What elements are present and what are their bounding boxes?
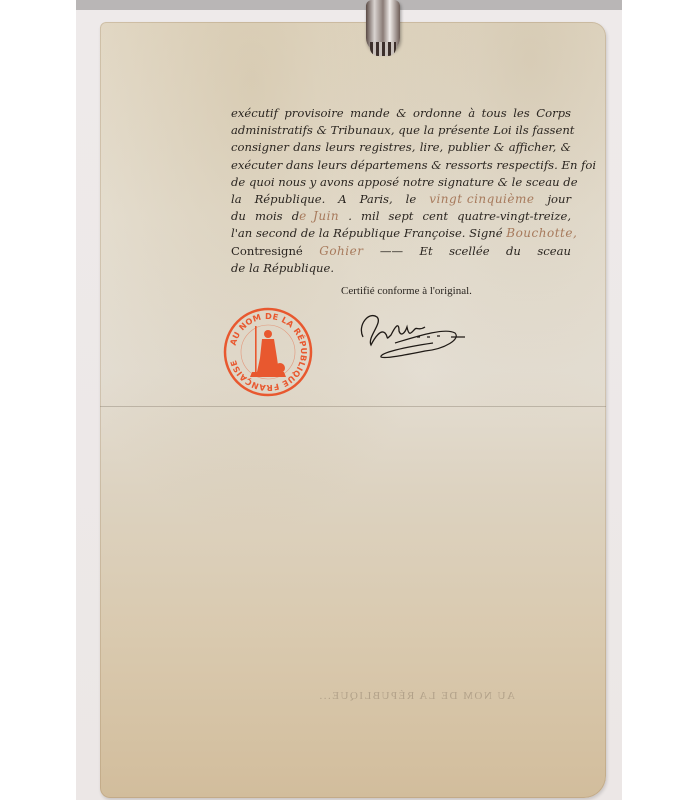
text-line: administratifs & Tribunaux, que la prése… [231,122,571,139]
fold-line [100,406,606,407]
hand-clip-icon [366,0,400,52]
text-fragment: . mil sept cent quatre-vingt-treize, [348,209,571,223]
certified-text: Certifié conforme à l'original. [341,285,472,297]
handwritten-day: vingt cinquième [429,191,534,208]
text-fragment: Contresigné [231,244,303,258]
handwritten-countersigner: Gohier [319,243,363,260]
text-fragment: la République. A Paris, le [231,192,416,206]
decree-text: exécutif provisoire mande & ordonne à to… [231,105,571,277]
text-line-signed: l'an second de la République Françoise. … [231,225,571,242]
text-line: exécutif provisoire mande & ordonne à to… [231,105,571,122]
text-line: exécuter dans leurs départemens & ressor… [231,157,571,174]
handwritten-month: e Juin [299,208,339,225]
bleed-through-text: AU NOM DE LA RÉPUBLIQUE... [185,690,515,702]
signature-gohier [355,307,465,367]
text-fragment: du mois d [231,209,299,223]
text-line-date: la République. A Paris, le vingt cinquiè… [231,191,571,208]
text-line: de quoi nous y avons apposé notre signat… [231,174,571,191]
text-fragment: l'an second de la République Françoise. … [231,226,503,240]
text-fragment: jour [547,192,571,206]
text-line-month: du mois de Juin . mil sept cent quatre-v… [231,208,571,225]
text-line: de la République. [231,260,571,277]
handwritten-signer: Bouchotte, [506,225,577,242]
text-fragment: —— Et scellée du sceau [380,244,571,258]
text-line: consigner dans leurs registres, lire, pu… [231,139,571,156]
text-line-countersigned: Contresigné Gohier —— Et scellée du scea… [231,243,571,260]
republic-seal: AU NOM DE LA RÉPUBLIQUE FRANÇAISE [222,306,314,398]
